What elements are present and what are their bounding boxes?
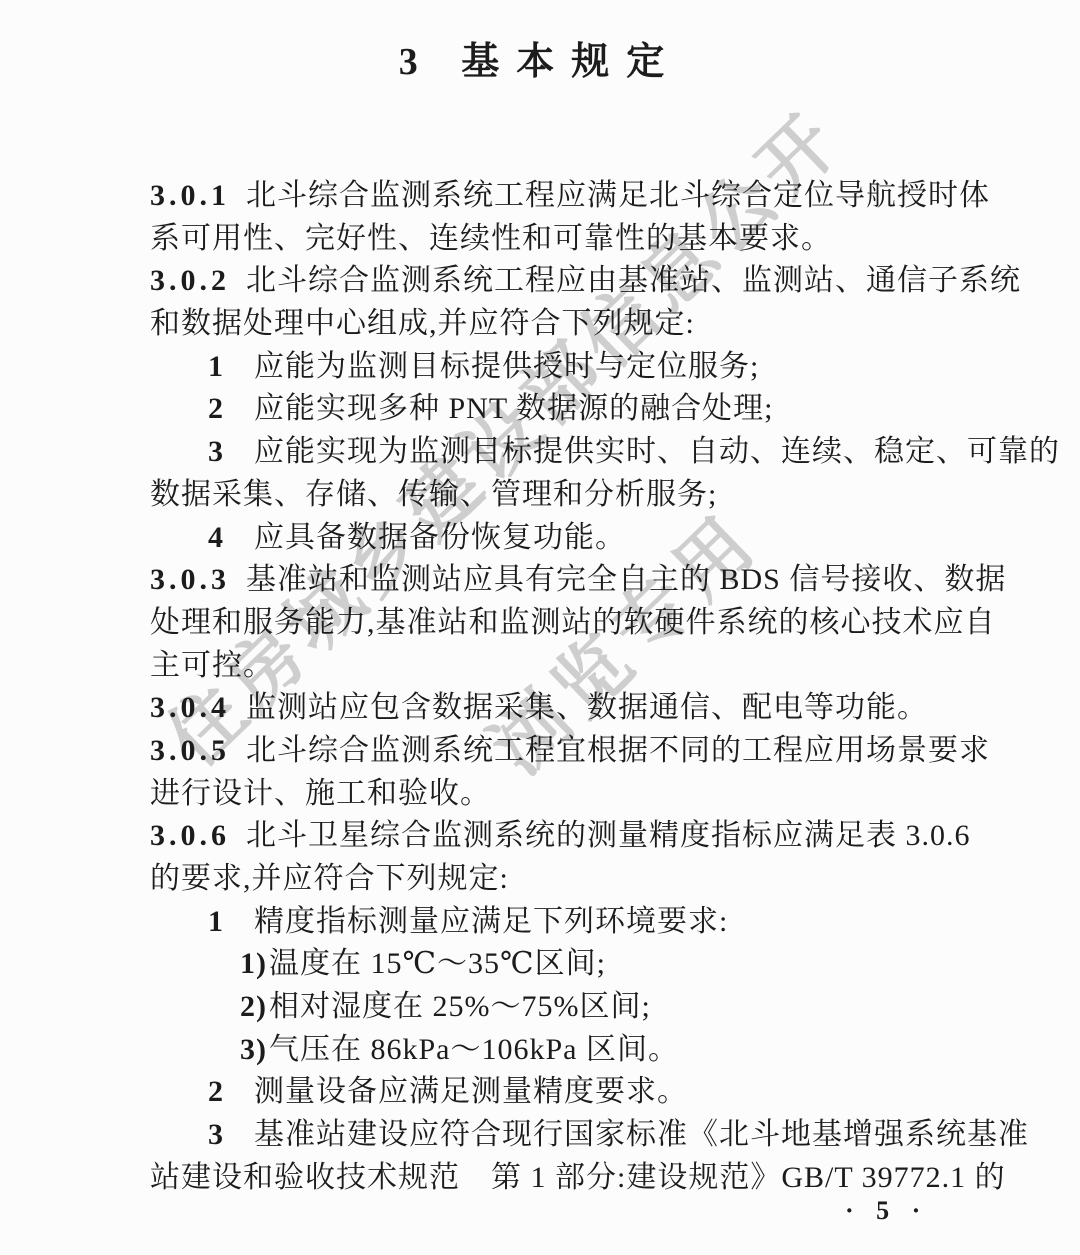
- line-text: 基准站和监测站应具有完全自主的 BDS 信号接收、数据: [246, 563, 1006, 596]
- line-text: 处理和服务能力,基准站和监测站的软硬件系统的核心技术应自: [150, 606, 996, 639]
- line-text: 相对湿度在 25%～75%区间;: [269, 990, 651, 1023]
- line-text: 和数据处理中心组成,并应符合下列规定:: [150, 307, 695, 340]
- text-line: 主可控。: [150, 645, 1030, 688]
- line-text: 气压在 86kPa～106kPa 区间。: [269, 1033, 679, 1066]
- line-text: 系可用性、完好性、连续性和可靠性的基本要求。: [150, 222, 832, 255]
- clause-number: 3.0.3: [150, 563, 230, 596]
- text-line: 3.0.1北斗综合监测系统工程应满足北斗综合定位导航授时体: [150, 175, 1030, 218]
- line-text: 应具备数据备份恢复功能。: [254, 521, 626, 554]
- item-number: 3: [208, 435, 224, 468]
- line-text: 的要求,并应符合下列规定:: [150, 862, 509, 895]
- line-text: 测量设备应满足测量精度要求。: [254, 1075, 688, 1108]
- line-text: 应能为监测目标提供授时与定位服务;: [254, 350, 759, 383]
- text-line: 3应能实现为监测目标提供实时、自动、连续、稳定、可靠的: [150, 431, 1030, 474]
- item-number: 2: [208, 392, 224, 425]
- text-line: 进行设计、施工和验收。: [150, 773, 1030, 816]
- clause-number: 3.0.1: [150, 179, 230, 212]
- text-line: 和数据处理中心组成,并应符合下列规定:: [150, 303, 1030, 346]
- line-text: 应能实现多种 PNT 数据源的融合处理;: [254, 392, 773, 425]
- text-line: 的要求,并应符合下列规定:: [150, 858, 1030, 901]
- item-number: 4: [208, 521, 224, 554]
- clause-number: 3.0.2: [150, 264, 230, 297]
- item-number: 2: [208, 1075, 224, 1108]
- item-number: 2): [240, 990, 267, 1023]
- text-line: 1)温度在 15℃～35℃区间;: [150, 943, 1030, 986]
- text-line: 2应能实现多种 PNT 数据源的融合处理;: [150, 388, 1030, 431]
- line-text: 应能实现为监测目标提供实时、自动、连续、稳定、可靠的: [254, 435, 1060, 468]
- line-text: 进行设计、施工和验收。: [150, 777, 491, 810]
- text-line: 1应能为监测目标提供授时与定位服务;: [150, 346, 1030, 389]
- line-text: 北斗卫星综合监测系统的测量精度指标应满足表 3.0.6: [246, 819, 971, 852]
- text-line: 4应具备数据备份恢复功能。: [150, 517, 1030, 560]
- chapter-heading: 3 基本规定: [0, 38, 1080, 86]
- text-line: 3基准站建设应符合现行国家标准《北斗地基增强系统基准: [150, 1114, 1030, 1157]
- item-number: 1: [208, 905, 224, 938]
- clause-number: 3.0.5: [150, 734, 230, 767]
- line-text: 主可控。: [150, 649, 274, 682]
- document-page: 住房城乡建设部信息公开 浏览专用 3 基本规定 3.0.1北斗综合监测系统工程应…: [0, 0, 1080, 1255]
- chapter-title: 基本规定: [461, 41, 681, 83]
- text-line: 数据采集、存储、传输、管理和分析服务;: [150, 474, 1030, 517]
- line-text: 基准站建设应符合现行国家标准《北斗地基增强系统基准: [254, 1118, 1029, 1151]
- text-line: 3.0.2北斗综合监测系统工程应由基准站、监测站、通信子系统: [150, 260, 1030, 303]
- text-line: 系可用性、完好性、连续性和可靠性的基本要求。: [150, 218, 1030, 261]
- text-line: 站建设和验收技术规范 第 1 部分:建设规范》GB/T 39772.1 的: [150, 1157, 1030, 1200]
- text-line: 2)相对湿度在 25%～75%区间;: [150, 986, 1030, 1029]
- page-number: · 5 ·: [845, 1196, 928, 1226]
- item-number: 3: [208, 1118, 224, 1151]
- text-line: 3.0.6北斗卫星综合监测系统的测量精度指标应满足表 3.0.6: [150, 815, 1030, 858]
- chapter-number: 3: [399, 41, 418, 83]
- clause-number: 3.0.6: [150, 819, 230, 852]
- line-text: 北斗综合监测系统工程应满足北斗综合定位导航授时体: [246, 179, 990, 212]
- line-text: 温度在 15℃～35℃区间;: [269, 947, 606, 980]
- text-line: 2测量设备应满足测量精度要求。: [150, 1071, 1030, 1114]
- text-line: 3.0.3基准站和监测站应具有完全自主的 BDS 信号接收、数据: [150, 559, 1030, 602]
- item-number: 1: [208, 350, 224, 383]
- text-line: 3.0.5北斗综合监测系统工程宜根据不同的工程应用场景要求: [150, 730, 1030, 773]
- line-text: 北斗综合监测系统工程宜根据不同的工程应用场景要求: [246, 734, 990, 767]
- text-line: 处理和服务能力,基准站和监测站的软硬件系统的核心技术应自: [150, 602, 1030, 645]
- text-line: 3)气压在 86kPa～106kPa 区间。: [150, 1029, 1030, 1072]
- item-number: 3): [240, 1033, 267, 1066]
- text-line: 1精度指标测量应满足下列环境要求:: [150, 901, 1030, 944]
- line-text: 北斗综合监测系统工程应由基准站、监测站、通信子系统: [246, 264, 1021, 297]
- line-text: 监测站应包含数据采集、数据通信、配电等功能。: [246, 691, 928, 724]
- document-body: 3.0.1北斗综合监测系统工程应满足北斗综合定位导航授时体系可用性、完好性、连续…: [150, 175, 1030, 1200]
- line-text: 数据采集、存储、传输、管理和分析服务;: [150, 478, 717, 511]
- line-text: 站建设和验收技术规范 第 1 部分:建设规范》GB/T 39772.1 的: [150, 1161, 1006, 1194]
- line-text: 精度指标测量应满足下列环境要求:: [254, 905, 728, 938]
- item-number: 1): [240, 947, 267, 980]
- clause-number: 3.0.4: [150, 691, 230, 724]
- text-line: 3.0.4监测站应包含数据采集、数据通信、配电等功能。: [150, 687, 1030, 730]
